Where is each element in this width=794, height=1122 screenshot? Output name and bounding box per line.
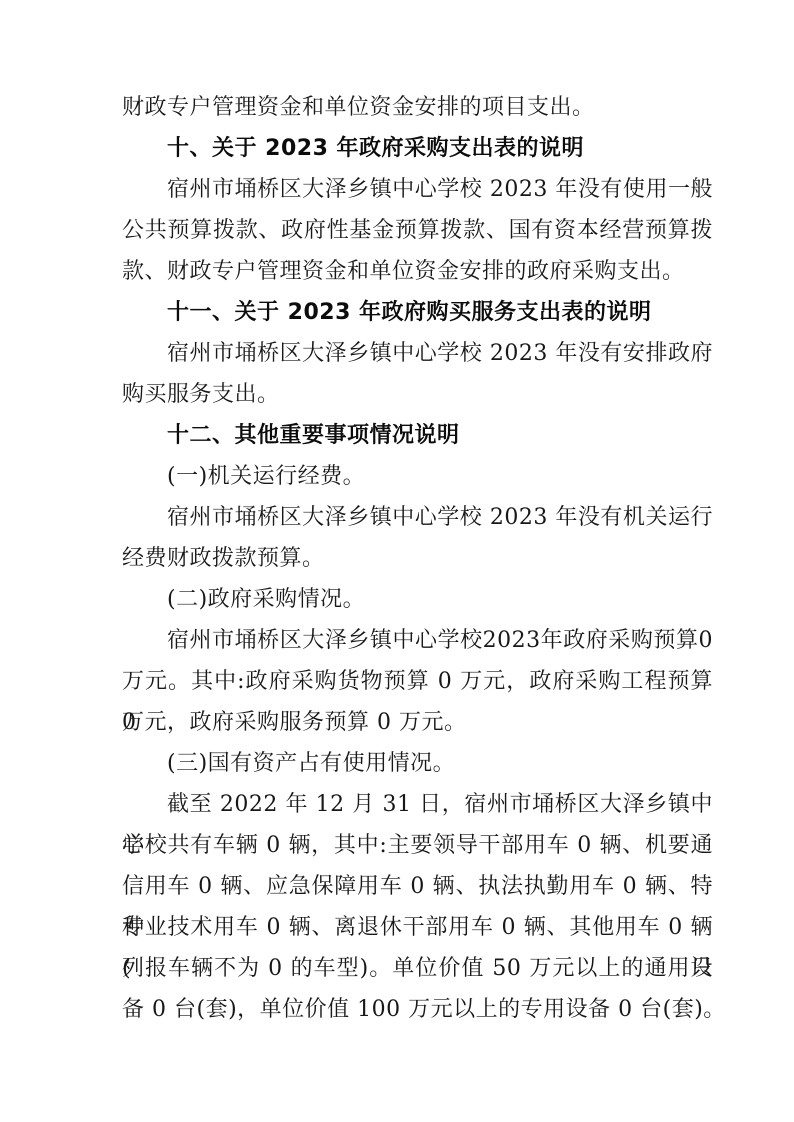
heading-line: 十、关于 2023 年政府采购支出表的说明 — [122, 128, 713, 169]
text-line: 专业技术用车 0 辆、离退休干部用车 0 辆、其他用车 0 辆(只 — [122, 907, 713, 948]
section-heading: 十、关于 2023 年政府采购支出表的说明 — [122, 128, 713, 169]
section-heading: 十一、关于 2023 年政府购买服务支出表的说明 — [122, 292, 713, 333]
text-line: (一)机关运行经费。 — [122, 456, 713, 497]
text-line: 学校共有车辆 0 辆，其中:主要领导干部用车 0 辆、机要通 — [122, 825, 713, 866]
text-line: 宿州市埇桥区大泽乡镇中心学校 2023 年没有机关运行 — [122, 497, 713, 538]
paragraph: 宿州市埇桥区大泽乡镇中心学校2023年政府采购预算0万元。其中:政府采购货物预算… — [122, 620, 713, 743]
text-line: 款、财政专户管理资金和单位资金安排的政府采购支出。 — [122, 251, 713, 292]
text-line: 财政专户管理资金和单位资金安排的项目支出。 — [122, 87, 713, 128]
paragraph: (二)政府采购情况。 — [122, 579, 713, 620]
paragraph: 宿州市埇桥区大泽乡镇中心学校 2023 年没有使用一般公共预算拨款、政府性基金预… — [122, 169, 713, 292]
paragraph: 宿州市埇桥区大泽乡镇中心学校 2023 年没有机关运行经费财政拨款预算。 — [122, 497, 713, 579]
paragraph: (一)机关运行经费。 — [122, 456, 713, 497]
text-line: 万元。其中:政府采购货物预算 0 万元，政府采购工程预算 0 — [122, 661, 713, 702]
text-line: 宿州市埇桥区大泽乡镇中心学校 2023 年没有使用一般 — [122, 169, 713, 210]
text-line: 备 0 台(套)，单位价值 100 万元以上的专用设备 0 台(套)。 — [122, 989, 713, 1030]
text-line: 公共预算拨款、政府性基金预算拨款、国有资本经营预算拨 — [122, 210, 713, 251]
text-line: 列报车辆不为 0 的车型)。单位价值 50 万元以上的通用设 — [122, 948, 713, 989]
paragraph: (三)国有资产占有使用情况。 — [122, 743, 713, 784]
text-line: 宿州市埇桥区大泽乡镇中心学校 2023 年没有安排政府 — [122, 333, 713, 374]
paragraph: 财政专户管理资金和单位资金安排的项目支出。 — [122, 87, 713, 128]
text-line: 宿州市埇桥区大泽乡镇中心学校2023年政府采购预算0 — [122, 620, 713, 661]
heading-line: 十一、关于 2023 年政府购买服务支出表的说明 — [122, 292, 713, 333]
text-line: 万元，政府采购服务预算 0 万元。 — [122, 702, 713, 743]
document-page: 财政专户管理资金和单位资金安排的项目支出。十、关于 2023 年政府采购支出表的… — [0, 0, 794, 1122]
text-line: 信用车 0 辆、应急保障用车 0 辆、执法执勤用车 0 辆、特种 — [122, 866, 713, 907]
section-heading: 十二、其他重要事项情况说明 — [122, 415, 713, 456]
document-content: 财政专户管理资金和单位资金安排的项目支出。十、关于 2023 年政府采购支出表的… — [122, 87, 713, 1030]
text-line: (三)国有资产占有使用情况。 — [122, 743, 713, 784]
heading-line: 十二、其他重要事项情况说明 — [122, 415, 713, 456]
text-line: 购买服务支出。 — [122, 374, 713, 415]
paragraph: 宿州市埇桥区大泽乡镇中心学校 2023 年没有安排政府购买服务支出。 — [122, 333, 713, 415]
text-line: 截至 2022 年 12 月 31 日，宿州市埇桥区大泽乡镇中心 — [122, 784, 713, 825]
text-line: (二)政府采购情况。 — [122, 579, 713, 620]
text-line: 经费财政拨款预算。 — [122, 538, 713, 579]
paragraph: 截至 2022 年 12 月 31 日，宿州市埇桥区大泽乡镇中心学校共有车辆 0… — [122, 784, 713, 1030]
